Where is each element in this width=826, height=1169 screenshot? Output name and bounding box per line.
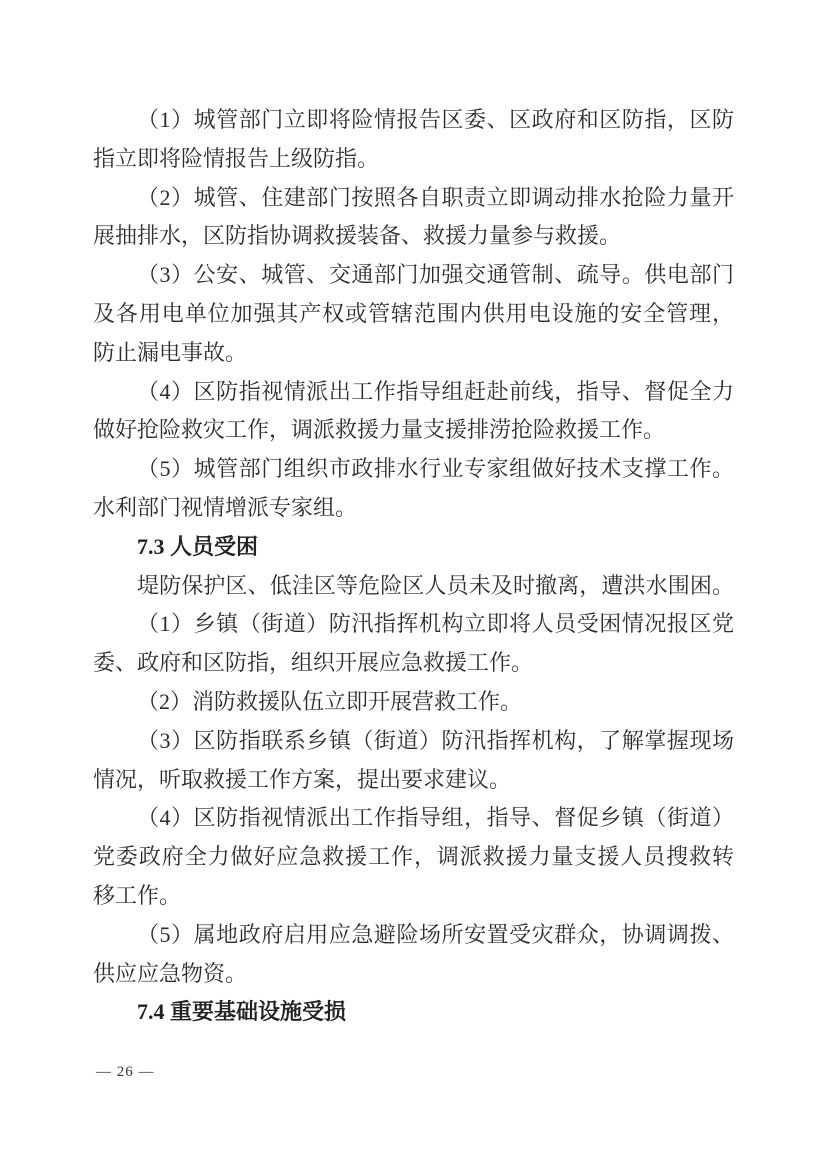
text-line: （2）消防救援队伍立即开展营救工作。: [93, 683, 734, 722]
page-number: — 26 —: [96, 1062, 155, 1082]
text-line: 水利部门视情增派专家组。: [93, 489, 734, 528]
text-line: 及各用电单位加强其产权或管辖范围内供用电设施的安全管理，: [93, 295, 734, 334]
text-line: 移工作。: [93, 877, 734, 916]
text-line: （3）公安、城管、交通部门加强交通管制、疏导。供电部门: [93, 256, 734, 295]
text-line: （1）城管部门立即将险情报告区委、区政府和区防指，区防: [93, 101, 734, 140]
text-line: 防止漏电事故。: [93, 334, 734, 373]
text-line: 党委政府全力做好应急救援工作，调派救援力量支援人员搜救转: [93, 838, 734, 877]
text-line: （1）乡镇（街道）防汛指挥机构立即将人员受困情况报区党: [93, 605, 734, 644]
text-line: 展抽排水，区防指协调救援装备、救援力量参与救援。: [93, 217, 734, 256]
text-line: （5）城管部门组织市政排水行业专家组做好技术支撑工作。: [93, 450, 734, 489]
text-line: （3）区防指联系乡镇（街道）防汛指挥机构，了解掌握现场: [93, 722, 734, 761]
text-line: 情况，听取救援工作方案，提出要求建议。: [93, 761, 734, 800]
text-line: （4）区防指视情派出工作指导组，指导、督促乡镇（街道）: [93, 799, 734, 838]
text-line: （5）属地政府启用应急避险场所安置受灾群众，协调调拨、: [93, 916, 734, 955]
document-text-block: （1）城管部门立即将险情报告区委、区政府和区防指，区防指立即将险情报告上级防指。…: [93, 101, 734, 1032]
text-line: 做好抢险救灾工作，调派救援力量支援排涝抢险救援工作。: [93, 411, 734, 450]
text-line: 指立即将险情报告上级防指。: [93, 140, 734, 179]
text-line: 堤防保护区、低洼区等危险区人员未及时撤离，遭洪水围困。: [93, 567, 734, 606]
text-line: （2）城管、住建部门按照各自职责立即调动排水抢险力量开: [93, 179, 734, 218]
text-line: 委、政府和区防指，组织开展应急救援工作。: [93, 644, 734, 683]
document-page: （1）城管部门立即将险情报告区委、区政府和区防指，区防指立即将险情报告上级防指。…: [0, 0, 826, 1169]
section-heading: 7.4 重要基础设施受损: [93, 993, 734, 1032]
section-heading: 7.3 人员受困: [93, 528, 734, 567]
text-line: 供应应急物资。: [93, 955, 734, 994]
text-line: （4）区防指视情派出工作指导组赶赴前线，指导、督促全力: [93, 373, 734, 412]
